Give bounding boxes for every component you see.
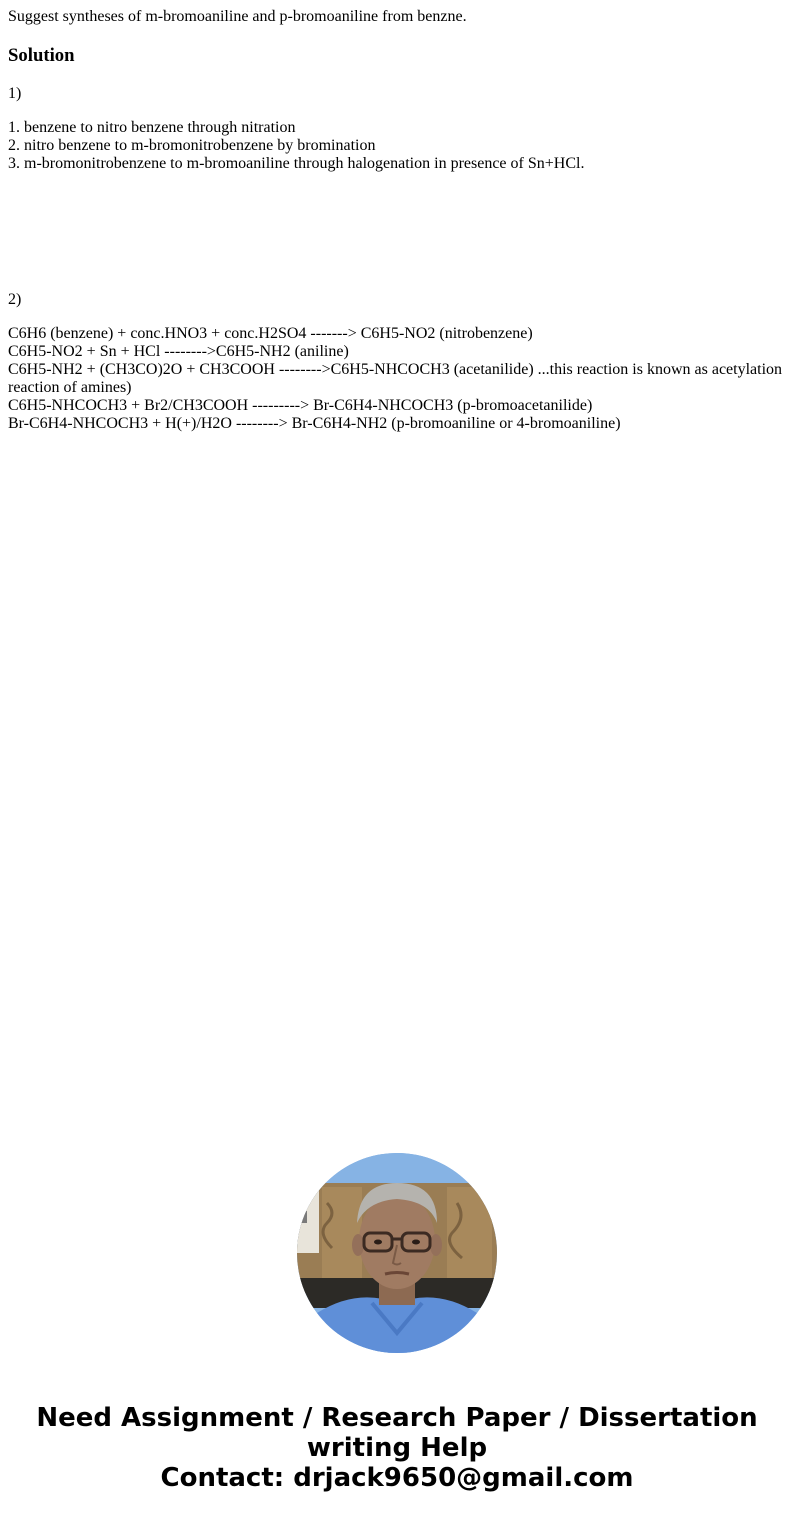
- reaction-step: C6H6 (benzene) + conc.HNO3 + conc.H2SO4 …: [8, 325, 786, 343]
- reaction-step: C6H5-NH2 + (CH3CO)2O + CH3COOH -------->…: [8, 361, 786, 397]
- part-2-label: 2): [8, 291, 21, 309]
- promo-contact: Contact: drjack9650@gmail.com: [0, 1463, 794, 1493]
- question-text: Suggest syntheses of m-bromoaniline and …: [8, 0, 786, 26]
- solution-heading: Solution: [8, 45, 75, 67]
- reaction-step: Br-C6H4-NHCOCH3 + H(+)/H2O --------> Br-…: [8, 415, 786, 433]
- part-1-steps: 1. benzene to nitro benzene through nitr…: [8, 119, 786, 173]
- portrait-illustration: [297, 1153, 497, 1353]
- part-1-step: 2. nitro benzene to m-bromonitrobenzene …: [8, 137, 786, 155]
- tutor-avatar: [297, 1153, 497, 1353]
- promo-banner: Need Assignment / Research Paper / Disse…: [0, 1403, 794, 1493]
- part-1-label: 1): [8, 85, 21, 103]
- reaction-step: C6H5-NHCOCH3 + Br2/CH3COOH ---------> Br…: [8, 397, 786, 415]
- document-page: Suggest syntheses of m-bromoaniline and …: [0, 0, 794, 26]
- part-1-step: 3. m-bromonitrobenzene to m-bromoaniline…: [8, 155, 786, 173]
- part-1-step: 1. benzene to nitro benzene through nitr…: [8, 119, 786, 137]
- promo-headline: Need Assignment / Research Paper / Disse…: [0, 1403, 794, 1463]
- part-2-reactions: C6H6 (benzene) + conc.HNO3 + conc.H2SO4 …: [8, 325, 786, 433]
- reaction-step: C6H5-NO2 + Sn + HCl -------->C6H5-NH2 (a…: [8, 343, 786, 361]
